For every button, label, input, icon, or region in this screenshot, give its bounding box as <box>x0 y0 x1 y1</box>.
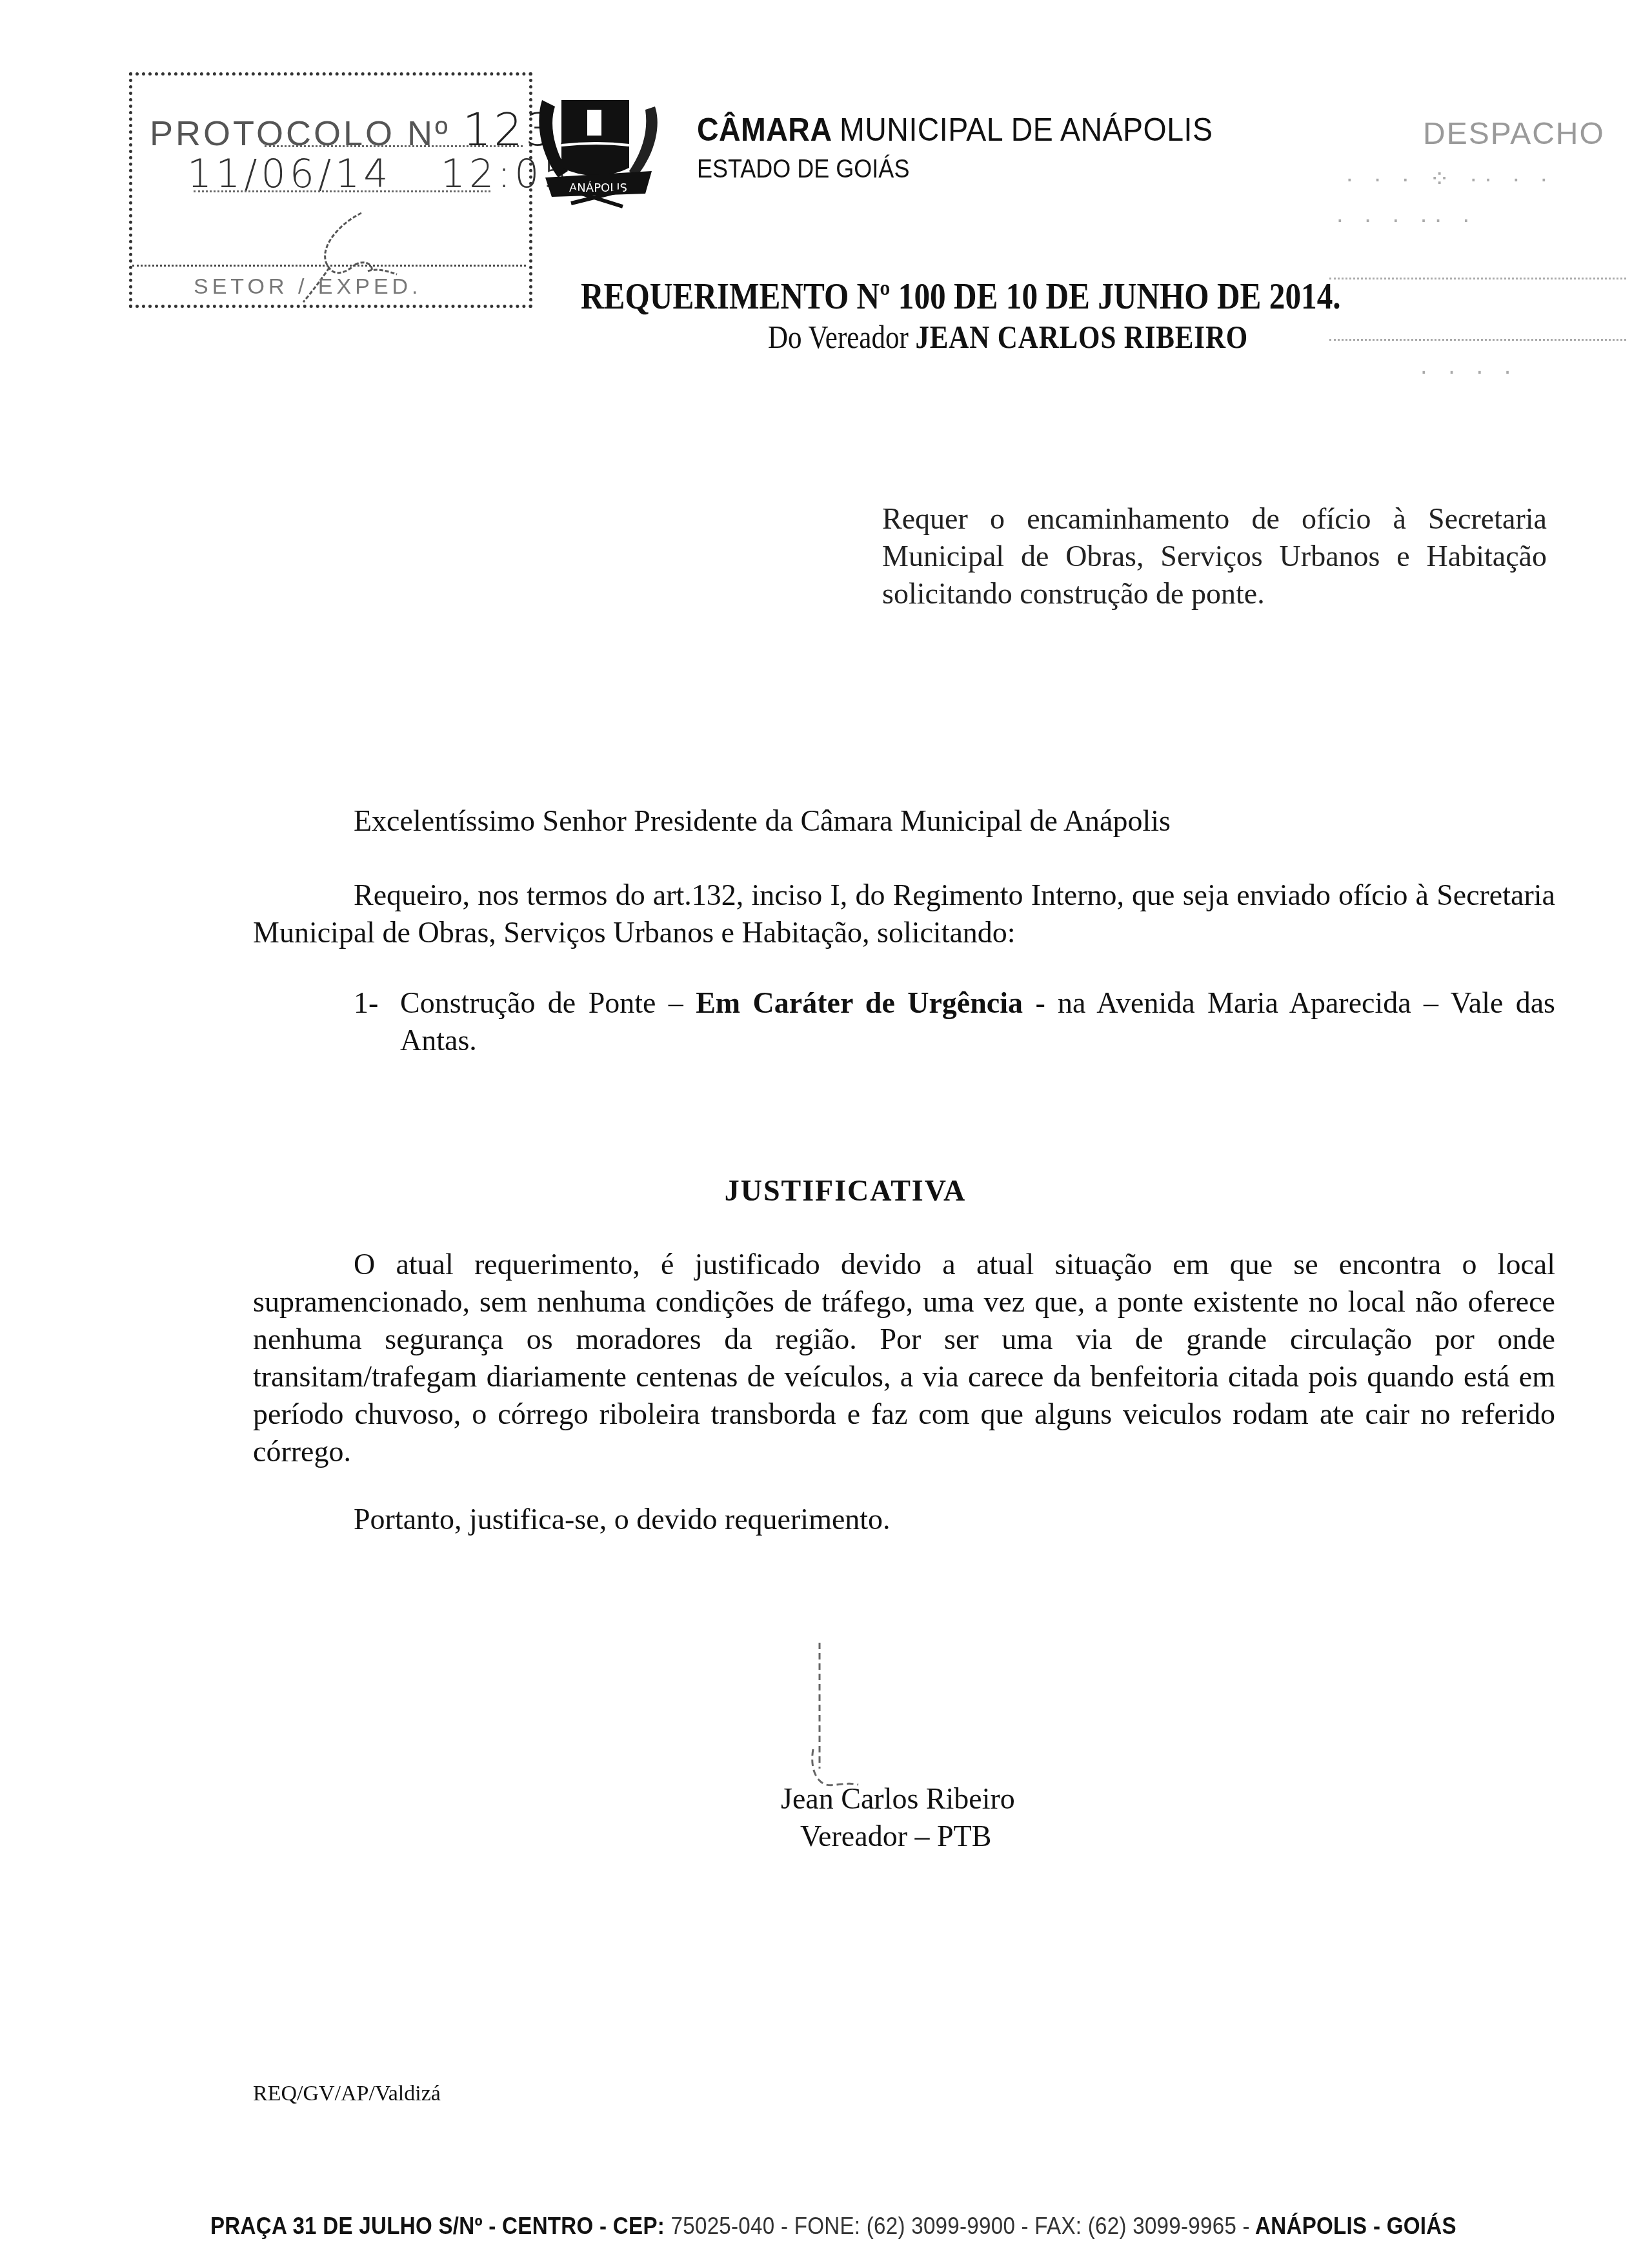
item-number: 1- <box>354 984 400 1059</box>
despacho-line <box>1329 278 1626 279</box>
despacho-handwriting: · · · ·· · <box>1336 207 1476 234</box>
state-name: ESTADO DE GOIÁS <box>697 155 909 184</box>
signatory-role: Vereador – PTB <box>800 1819 991 1853</box>
despacho-stamp-title: DESPACHO <box>1423 116 1605 152</box>
coat-of-arms-icon: ANÁPOLIS <box>532 81 665 210</box>
despacho-line <box>1329 339 1626 341</box>
item-urgency: Em Caráter de Urgência <box>696 986 1023 1019</box>
institution-name: CÂMARA MUNICIPAL DE ANÁPOLIS <box>697 111 1213 148</box>
footer-address-bold: PRAÇA 31 DE JULHO S/Nº - CENTRO - CEP: <box>210 2213 665 2239</box>
institution-name-rest: MUNICIPAL DE ANÁPOLIS <box>840 112 1213 148</box>
stamp-divider <box>265 145 523 147</box>
protocol-footer: SETOR / EXPED. <box>194 274 422 299</box>
salutation: Excelentíssimo Senhor Presidente da Câma… <box>354 804 1171 838</box>
document-title: REQUERIMENTO Nº 100 DE 10 DE JUNHO DE 20… <box>581 276 1341 318</box>
request-paragraph: Requeiro, nos termos do art.132, inciso … <box>253 877 1555 951</box>
justification-heading: JUSTIFICATIVA <box>0 1173 1652 1208</box>
signatory-name: Jean Carlos Ribeiro <box>781 1781 1015 1816</box>
stamp-divider <box>194 190 490 192</box>
document-author: Do Vereador JEAN CARLOS RIBEIRO <box>768 318 1248 356</box>
author-prefix: Do Vereador <box>768 319 909 355</box>
protocol-label: PROTOCOLO Nº <box>150 114 450 153</box>
justification-paragraph: O atual requerimento, é justificado devi… <box>253 1246 1555 1470</box>
footer-address: PRAÇA 31 DE JULHO S/Nº - CENTRO - CEP: 7… <box>210 2213 1456 2240</box>
document-summary: Requer o encaminhamento de ofício à Secr… <box>882 500 1547 613</box>
closing-paragraph: Portanto, justifica-se, o devido requeri… <box>253 1501 1555 1538</box>
document-reference: REQ/GV/AP/Valdizá <box>253 2082 441 2106</box>
item-text: Construção de Ponte – Em Caráter de Urgê… <box>400 984 1555 1059</box>
author-name: JEAN CARLOS RIBEIRO <box>915 319 1248 355</box>
despacho-handwriting: · · · · <box>1420 358 1518 386</box>
despacho-handwriting: · · · ⁘ ·· · · <box>1345 165 1555 194</box>
stamp-divider <box>132 265 526 267</box>
institution-name-bold: CÂMARA <box>697 112 831 148</box>
footer-city: ANÁPOLIS - GOIÁS <box>1250 2213 1456 2239</box>
request-item: 1- Construção de Ponte – Em Caráter de U… <box>354 984 1555 1059</box>
protocol-number-line: PROTOCOLO Nº 1235 <box>150 103 588 156</box>
footer-contact: 75025-040 - FONE: (62) 3099-9900 - FAX: … <box>665 2213 1250 2239</box>
